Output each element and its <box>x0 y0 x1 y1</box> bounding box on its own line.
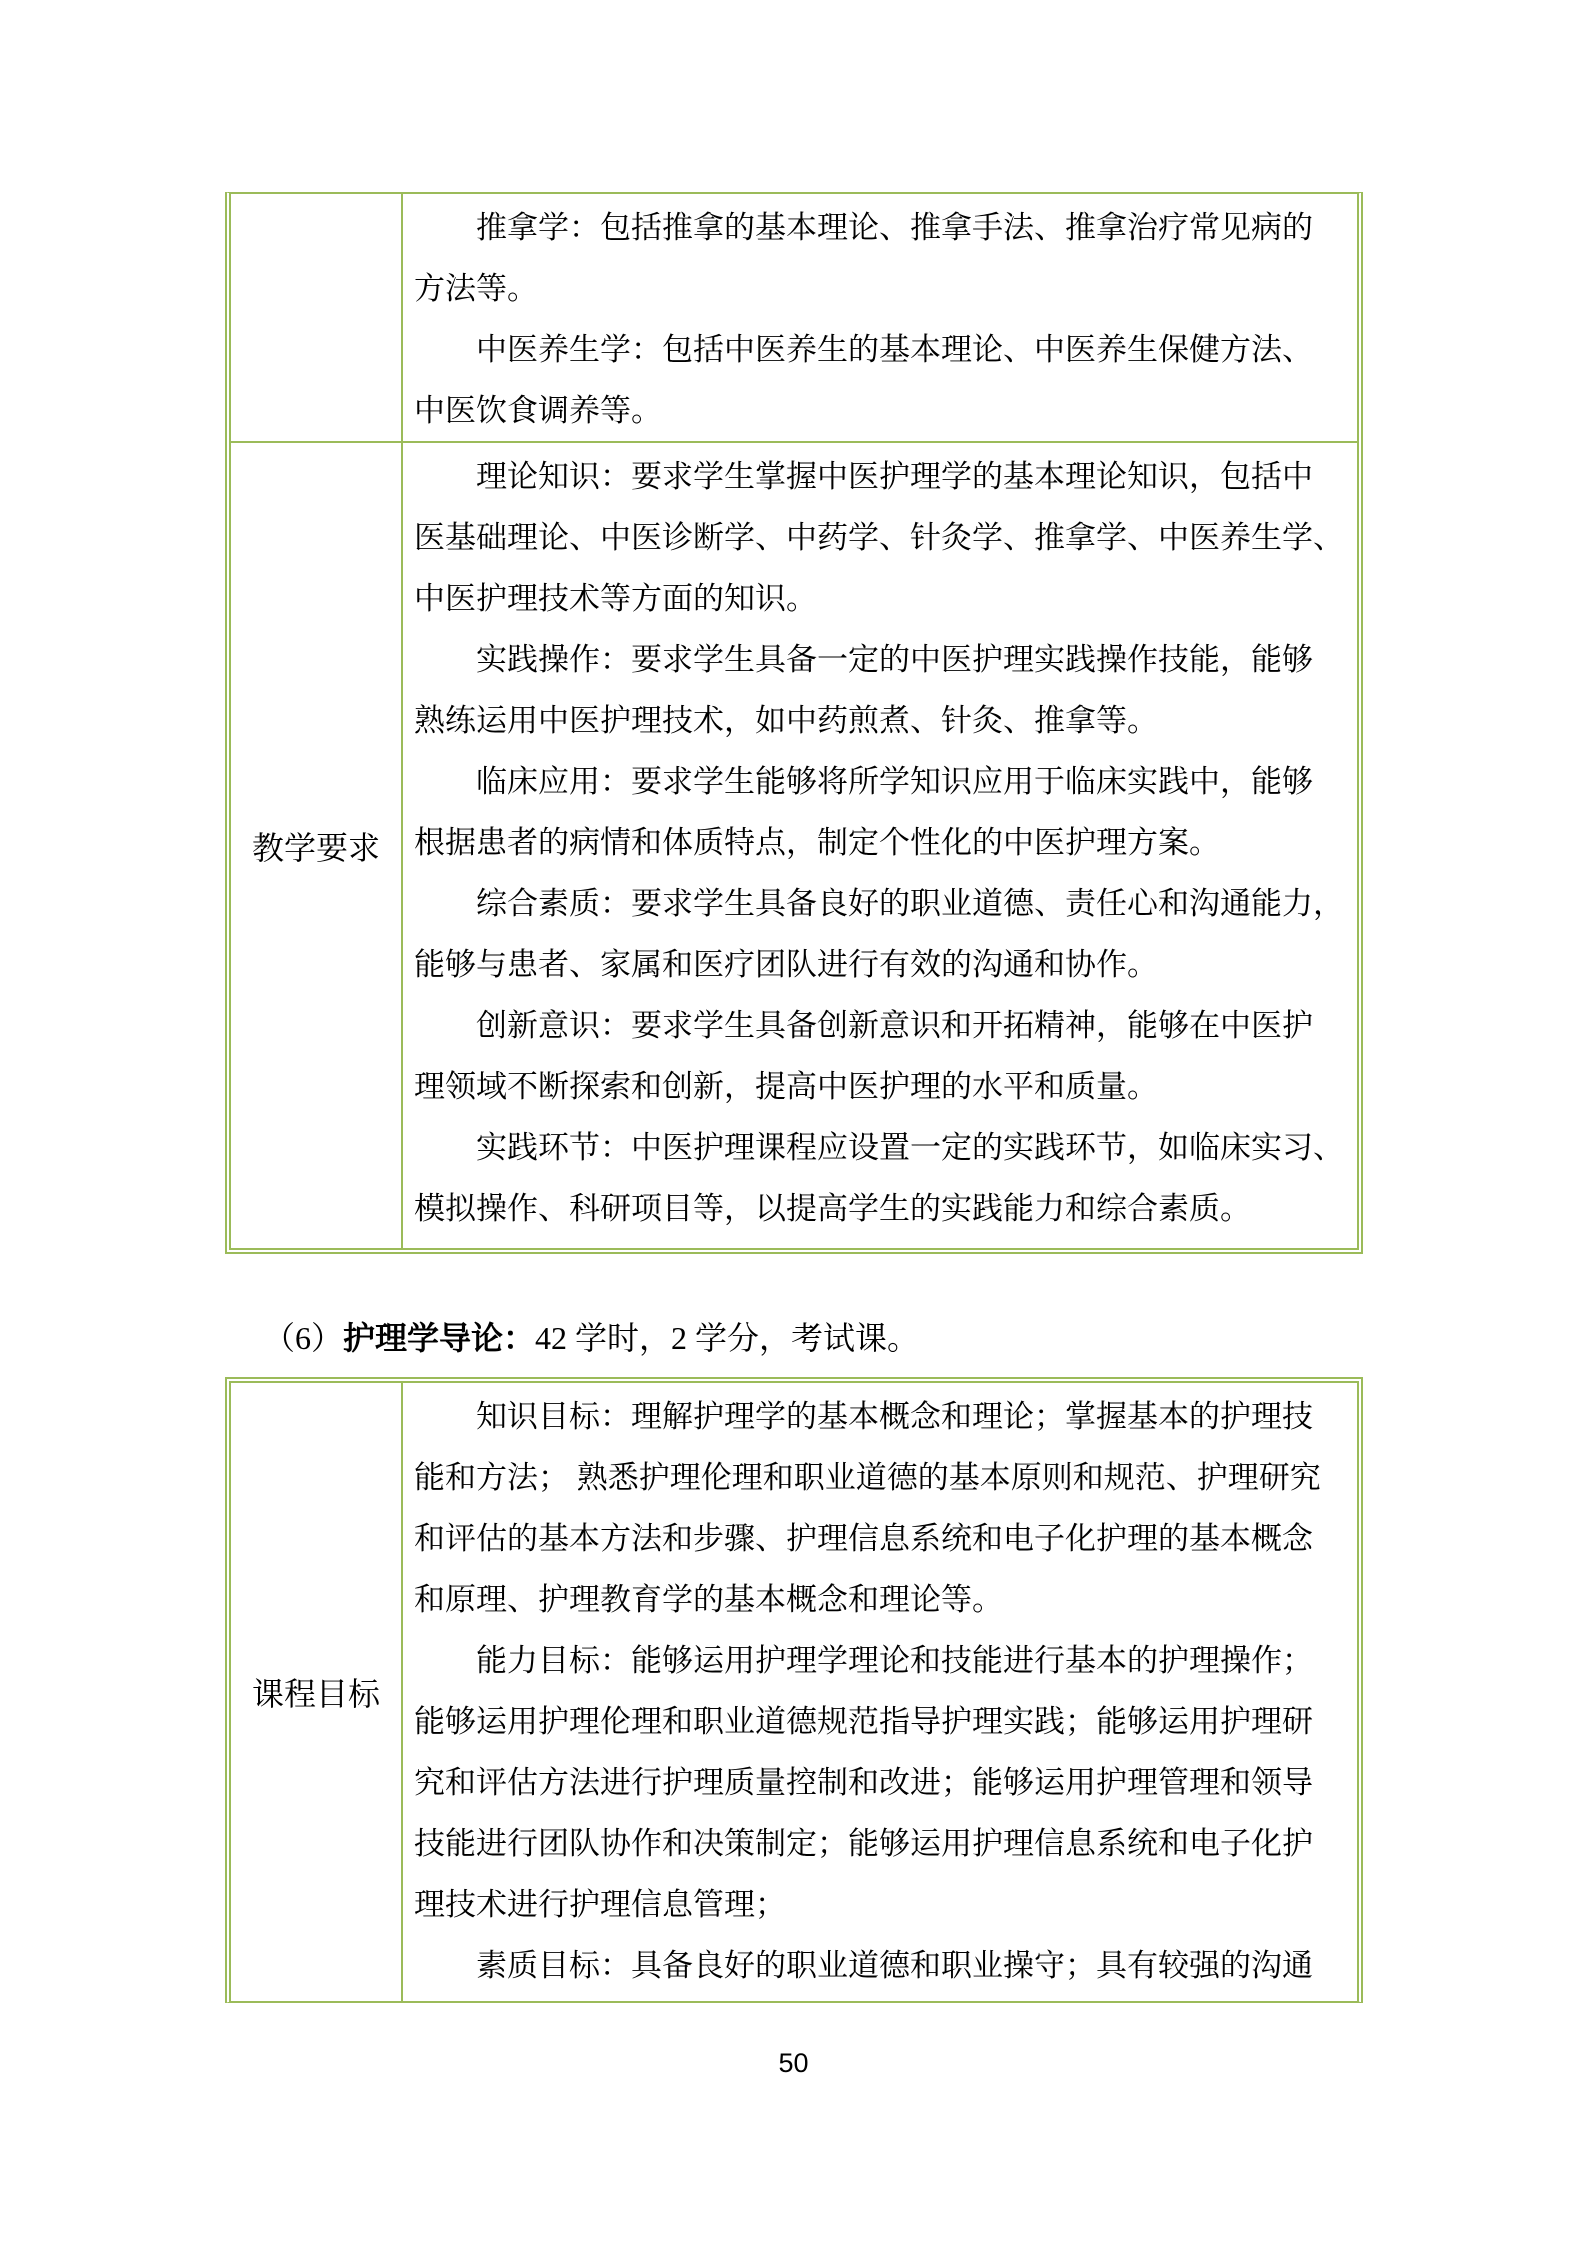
paragraph: 能力目标：能够运用护理学理论和技能进行基本的护理操作； 能够运用护理伦理和职业道… <box>414 1630 1345 1935</box>
row-label-cell-course-objectives: 课程目标 <box>231 1383 403 2001</box>
row-label: 课程目标 <box>252 1669 380 1715</box>
heading-detail: 42 学时，2 学分，考试课。 <box>535 1320 919 1356</box>
table-row: 教学要求 理论知识：要求学生掌握中医护理学的基本理论知识，包括中 医基础理论、中… <box>231 443 1357 1248</box>
row-label-cell-teaching-requirements: 教学要求 <box>231 443 403 1248</box>
paragraph: 知识目标：理解护理学的基本概念和理论；掌握基本的护理技 能和方法； 熟悉护理伦理… <box>414 1386 1345 1630</box>
paragraph: 综合素质：要求学生具备良好的职业道德、责任心和沟通能力， 能够与患者、家属和医疗… <box>414 873 1345 995</box>
document-page: 推拿学：包括推拿的基本理论、推拿手法、推拿治疗常见病的 方法等。 中医养生学：包… <box>0 0 1587 2245</box>
paragraph: 理论知识：要求学生掌握中医护理学的基本理论知识，包括中 医基础理论、中医诊断学、… <box>414 446 1345 629</box>
paragraph: 临床应用：要求学生能够将所学知识应用于临床实践中，能够 根据患者的病情和体质特点… <box>414 751 1345 873</box>
page-number: 50 <box>0 2046 1587 2080</box>
row-label-cell-empty <box>231 194 403 441</box>
paragraph: 素质目标：具备良好的职业道德和职业操守；具有较强的沟通 <box>414 1935 1345 1996</box>
row-content-cell: 推拿学：包括推拿的基本理论、推拿手法、推拿治疗常见病的 方法等。 中医养生学：包… <box>403 194 1357 441</box>
row-content-cell: 理论知识：要求学生掌握中医护理学的基本理论知识，包括中 医基础理论、中医诊断学、… <box>403 443 1357 1248</box>
heading-course-title: 护理学导论： <box>343 1320 535 1356</box>
row-content-cell: 知识目标：理解护理学的基本概念和理论；掌握基本的护理技 能和方法； 熟悉护理伦理… <box>403 1383 1357 2001</box>
row-label: 教学要求 <box>252 823 380 869</box>
table-row: 推拿学：包括推拿的基本理论、推拿手法、推拿治疗常见病的 方法等。 中医养生学：包… <box>231 194 1357 443</box>
paragraph: 中医养生学：包括中医养生的基本理论、中医养生保健方法、 中医饮食调养等。 <box>414 319 1345 441</box>
course-table-teaching-requirements: 推拿学：包括推拿的基本理论、推拿手法、推拿治疗常见病的 方法等。 中医养生学：包… <box>225 192 1363 1254</box>
paragraph: 实践环节：中医护理课程应设置一定的实践环节，如临床实习、 模拟操作、科研项目等，… <box>414 1117 1345 1239</box>
paragraph: 推拿学：包括推拿的基本理论、推拿手法、推拿治疗常见病的 方法等。 <box>414 197 1345 319</box>
paragraph: 实践操作：要求学生具备一定的中医护理实践操作技能，能够 熟练运用中医护理技术，如… <box>414 629 1345 751</box>
course-table-course-objectives: 课程目标 知识目标：理解护理学的基本概念和理论；掌握基本的护理技 能和方法； 熟… <box>225 1377 1363 2003</box>
table-row: 课程目标 知识目标：理解护理学的基本概念和理论；掌握基本的护理技 能和方法； 熟… <box>231 1383 1357 2001</box>
heading-number: （6） <box>263 1320 343 1356</box>
paragraph: 创新意识：要求学生具备创新意识和开拓精神，能够在中医护 理领域不断探索和创新，提… <box>414 995 1345 1117</box>
course-heading: （6）护理学导论：42 学时，2 学分，考试课。 <box>225 1307 1363 1369</box>
